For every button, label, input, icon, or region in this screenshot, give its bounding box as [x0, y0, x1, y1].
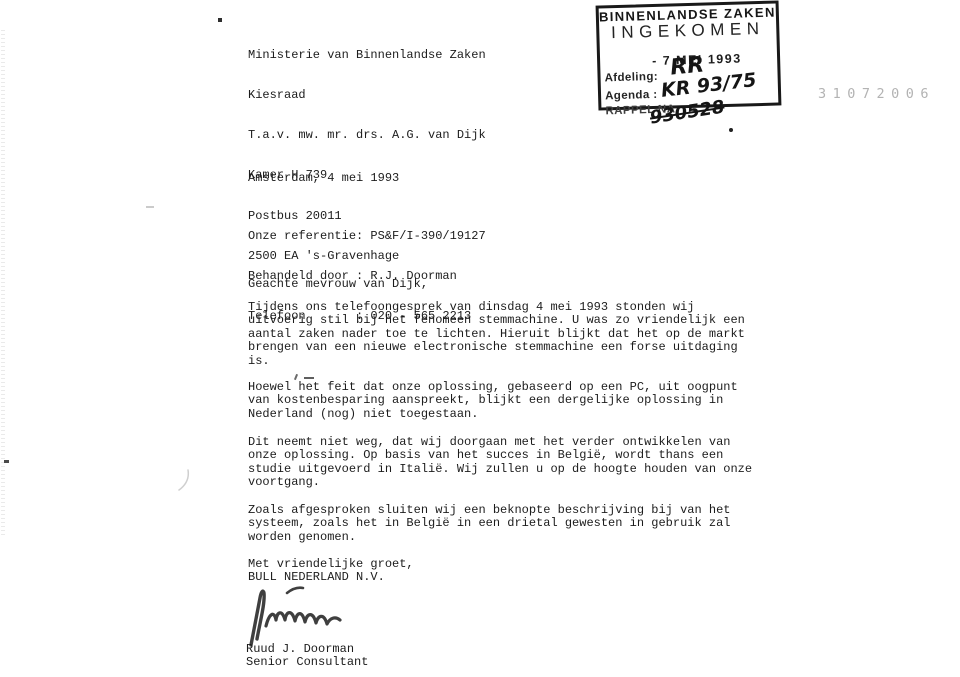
handwritten-rappel-value-struck: 930528	[648, 97, 725, 129]
ink-dot	[729, 128, 733, 132]
dateline: Amsterdam, 4 mei 1993	[248, 172, 399, 185]
salutation: Geachte mevrouw van Dijk,	[248, 278, 428, 291]
pen-mark	[304, 377, 314, 379]
ink-dot	[4, 460, 9, 463]
stamp-agenda-label: Agenda :	[605, 89, 658, 102]
signer-title: Senior Consultant	[246, 656, 368, 669]
stamp-received-label: INGEKOMEN	[599, 19, 776, 44]
received-stamp: BINNENLANDSE ZAKEN INGEKOMEN - 7 MEI 199…	[596, 0, 782, 110]
scan-artifact	[174, 468, 190, 492]
body-paragraph: Tijdens ons telefoongesprek van dinsdag …	[248, 301, 745, 368]
pen-mark	[146, 206, 154, 208]
body-paragraph: Dit neemt niet weg, dat wij doorgaan met…	[248, 436, 752, 490]
stamp-afdeling-label: Afdeling:	[604, 71, 658, 84]
document-number: 31072006	[818, 86, 935, 102]
recipient-line: Ministerie van Binnenlandse Zaken	[248, 49, 486, 62]
ink-dot	[218, 18, 222, 22]
scanned-letter-page: Ministerie van Binnenlandse Zaken Kiesra…	[0, 0, 960, 677]
recipient-line: T.a.v. mw. mr. drs. A.G. van Dijk	[248, 129, 486, 142]
recipient-line: Kiesraad	[248, 89, 486, 102]
reference-line: Onze referentie: PS&F/I-390/19127	[248, 230, 486, 243]
body-paragraph: Hoewel het feit dat onze oplossing, geba…	[248, 381, 738, 421]
signature-scrawl	[244, 582, 379, 648]
body-paragraph: Zoals afgesproken sluiten wij een beknop…	[248, 504, 730, 544]
